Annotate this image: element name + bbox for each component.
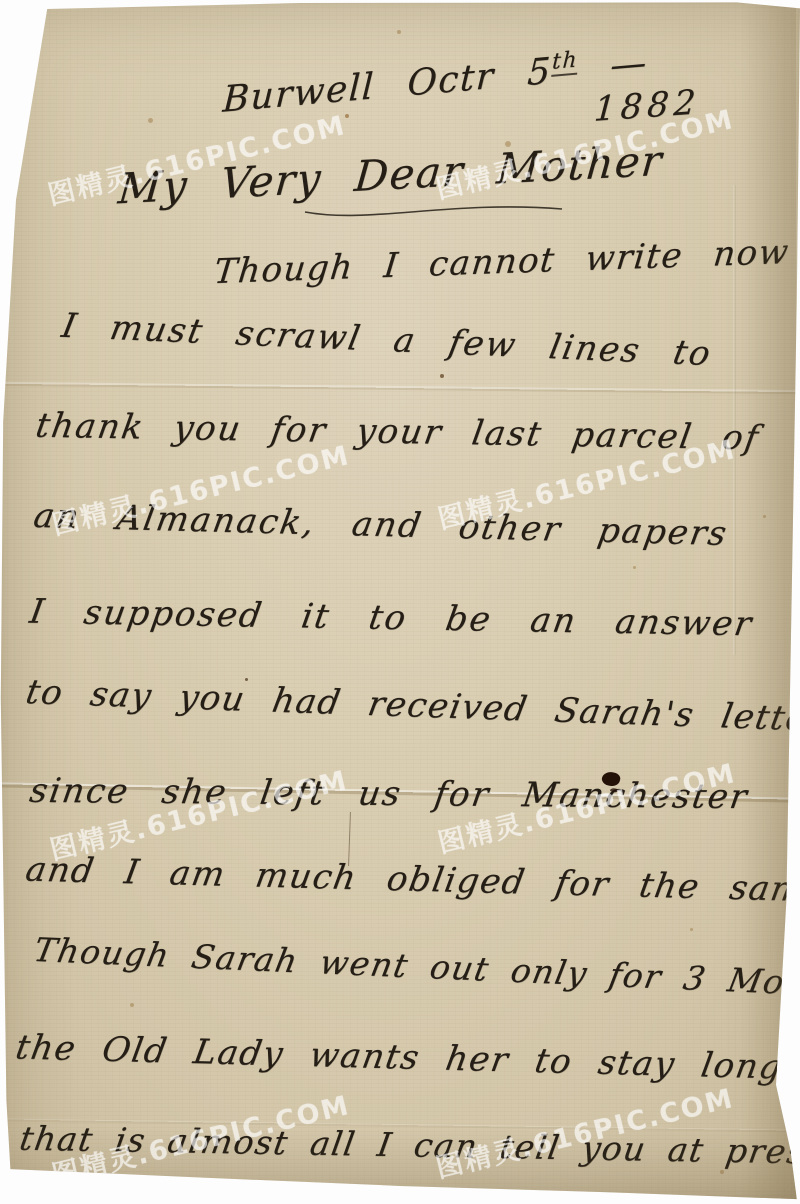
letter-paper: Burwell Octr 5th — 1882 My Very Dear Mot…: [0, 0, 800, 1204]
scanned-letter-page: { "page": { "background_color": "#fdfdfd…: [0, 0, 800, 1204]
